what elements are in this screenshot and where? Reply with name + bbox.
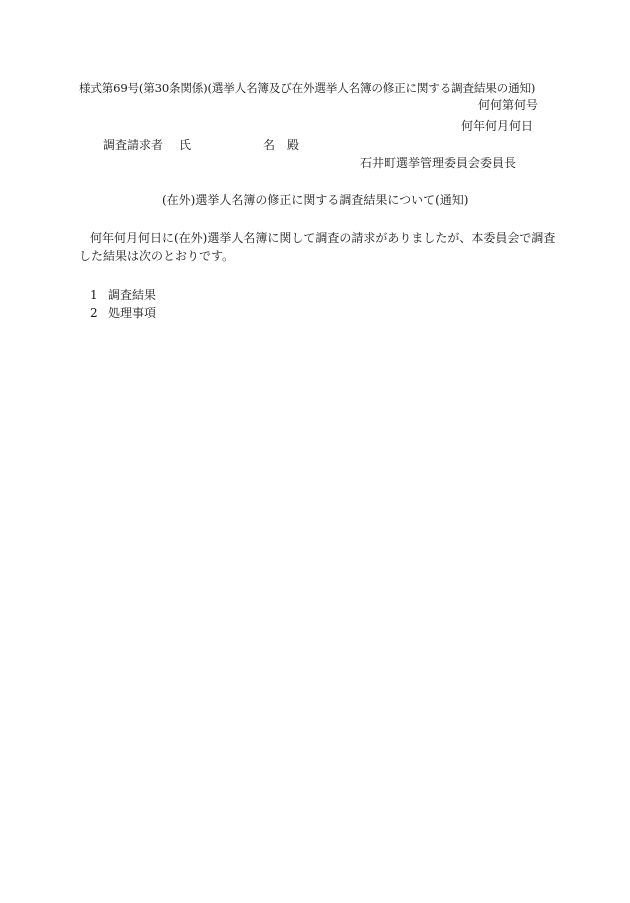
- recipient-honorific: 殿: [287, 138, 299, 152]
- recipient-label: 調査請求者: [103, 138, 163, 152]
- document-number: 何何第何号: [478, 97, 538, 113]
- list-item: 2処理事項: [90, 305, 156, 321]
- recipient-name-part2: 名: [263, 138, 275, 152]
- form-title: 様式第69号(第30条関係)(選挙人名簿及び在外選挙人名簿の修正に関する調査結果…: [79, 80, 549, 96]
- list-item-number: 2: [90, 305, 108, 321]
- list-item: 1調査結果: [90, 287, 156, 303]
- recipient-line: 調査請求者氏名殿: [103, 137, 299, 153]
- list-item-label: 処理事項: [108, 306, 156, 320]
- document-date: 何年何月何日: [461, 118, 533, 134]
- body-text-line-2: した結果は次のとおりです。: [79, 248, 234, 264]
- body-text-line-1: 何年何月何日に(在外)選挙人名簿に関して調査の請求がありましたが、本委員会で調査: [90, 230, 555, 246]
- subject-heading: (在外)選挙人名簿の修正に関する調査結果について(通知): [162, 192, 469, 208]
- sender: 石井町選挙管理委員会委員長: [360, 155, 516, 171]
- recipient-name-part1: 氏: [179, 138, 191, 152]
- list-item-number: 1: [90, 287, 108, 303]
- list-item-label: 調査結果: [108, 288, 156, 302]
